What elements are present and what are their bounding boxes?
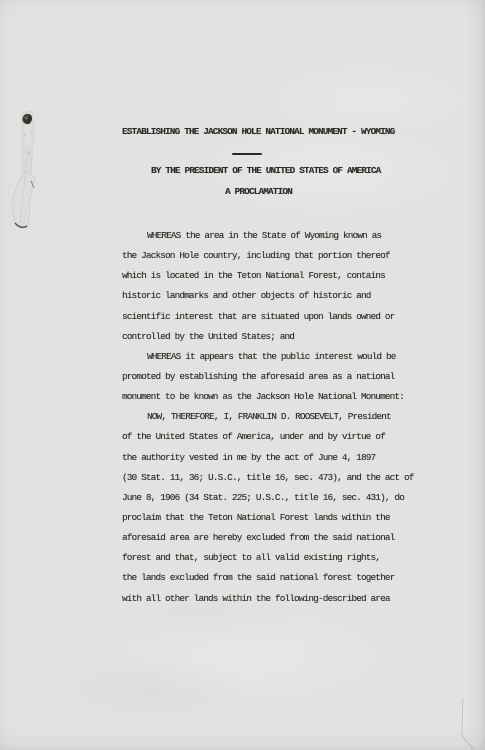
document-page: ESTABLISHING THE JACKSON HOLE NATIONAL M… <box>0 0 485 750</box>
document-line: historic landmarks and other objects of … <box>122 286 442 306</box>
document-line: scientific interest that are situated up… <box>122 307 442 327</box>
document-line: NOW, THEREFORE, I, FRANKLIN D. ROOSEVELT… <box>122 407 442 427</box>
document-line: WHEREAS it appears that the public inter… <box>122 347 442 367</box>
document-line: forest and that, subject to all valid ex… <box>122 548 442 568</box>
document-line: which is located in the Teton National F… <box>122 266 442 286</box>
corner-crease <box>445 690 485 750</box>
document-line: promoted by establishing the aforesaid a… <box>122 367 442 387</box>
document-line: the authority vested in me by the act of… <box>122 448 442 468</box>
proclamation-heading: A PROCLAMATION <box>225 187 292 197</box>
document-line: the lands excluded from the said nationa… <box>122 568 442 588</box>
document-line: (30 Stat. 11, 36; U.S.C., title 16, sec.… <box>122 468 442 488</box>
document-line: controlled by the United States; and <box>122 327 442 347</box>
presidential-byline: BY THE PRESIDENT OF THE UNITED STATES OF… <box>151 166 380 176</box>
tape-artifact <box>0 105 60 245</box>
document-line: WHEREAS the area in the State of Wyoming… <box>122 226 442 246</box>
document-line: of the United States of America, under a… <box>122 427 442 447</box>
document-line: with all other lands within the followin… <box>122 589 442 609</box>
document-title: ESTABLISHING THE JACKSON HOLE NATIONAL M… <box>122 127 394 137</box>
document-line: proclaim that the Teton National Forest … <box>122 508 442 528</box>
document-body: WHEREAS the area in the State of Wyoming… <box>122 226 442 609</box>
title-divider <box>232 153 262 155</box>
document-line: aforesaid area are hereby excluded from … <box>122 528 442 548</box>
document-line: June 8, 1906 (34 Stat. 225; U.S.C., titl… <box>122 488 442 508</box>
document-line: monument to be known as the Jackson Hole… <box>122 387 442 407</box>
document-line: the Jackson Hole country, including that… <box>122 246 442 266</box>
